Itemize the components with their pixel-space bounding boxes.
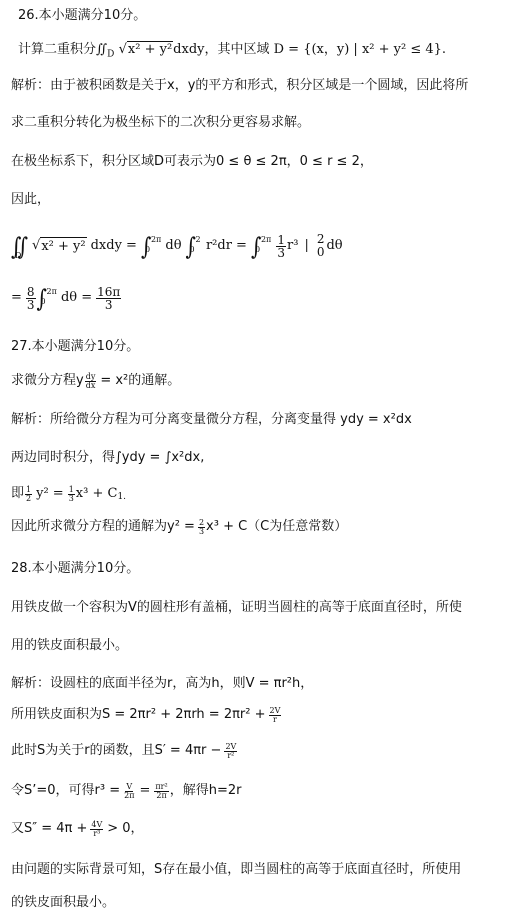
constant-subscript: 1. bbox=[117, 488, 126, 506]
upper-bound: 2 bbox=[196, 231, 201, 249]
numerator: 1 bbox=[276, 234, 286, 247]
denominator: 3 bbox=[104, 299, 114, 311]
fraction-2v-r: 2V r bbox=[269, 707, 282, 724]
r-cubed: r³ bbox=[287, 237, 298, 255]
dtheta-equals: dθ = bbox=[61, 289, 92, 307]
q27-result: 因此所求微分方程的通解为y² = 2 3 x³ + C（C为任意常数） bbox=[11, 518, 347, 536]
evaluation-bar: | bbox=[304, 237, 308, 255]
q26-polar-text: 在极坐标系下，积分区域D可表示为0 ≤ θ ≤ 2π，0 ≤ r ≤ 2， bbox=[11, 154, 373, 169]
upper-bound: 2π bbox=[261, 231, 271, 249]
q28-second-tail: > 0， bbox=[107, 820, 143, 838]
double-integral-symbol: ∬ bbox=[96, 42, 107, 57]
q28-header-text: 28.本小题满分10分。 bbox=[11, 561, 139, 576]
fraction-pir2-2pi: πr² 2π bbox=[154, 783, 168, 800]
fraction-v-2pi: V 2π bbox=[123, 783, 135, 800]
denominator: 3 bbox=[276, 247, 286, 259]
lower-bound: 0 bbox=[317, 246, 325, 259]
lower-bound: 0 bbox=[255, 241, 260, 259]
denominator: r² bbox=[226, 752, 235, 760]
evaluation-bounds: 2 0 bbox=[317, 233, 325, 258]
integral-theta: ∫ 2π 0 bbox=[37, 289, 47, 308]
q27-header-text: 27.本小题满分10分。 bbox=[11, 339, 139, 354]
q26-therefore: 因此， bbox=[11, 190, 50, 209]
q28-deriv-prefix: 此时S为关于r的函数，且S′ = 4πr − bbox=[11, 742, 221, 760]
q27-integrate: 两边同时积分，得∫ydy = ∫x²dx, bbox=[11, 448, 204, 467]
q28-derivative: 此时S为关于r的函数，且S′ = 4πr − 2V r² bbox=[11, 742, 238, 760]
q28-conclusion-text1: 由问题的实际背景可知，S存在最小值，即当圆柱的高等于底面直径时，所使用 bbox=[11, 862, 461, 877]
equals: = bbox=[11, 289, 22, 307]
upper-bound: 2π bbox=[151, 231, 161, 249]
q27-analysis-text: 解析：所给微分方程为可分离变量微分方程，分离变量得 ydy = x²dx bbox=[11, 412, 412, 427]
q26-equation-1: ∬ D √x² + y² dxdy = ∫ 2π 0 dθ ∫ 2 0 r²dr… bbox=[11, 226, 343, 266]
double-integral: ∬ D bbox=[11, 237, 28, 256]
q27-prompt: 求微分方程y dy dx = x²的通解。 bbox=[11, 372, 180, 390]
q26-analysis-line1: 解析：由于被积函数是关于x，y的平方和形式，积分区域是一个圆域，因此将所 bbox=[11, 76, 468, 95]
q28-prompt-line2: 用的铁皮面积最小。 bbox=[11, 636, 128, 655]
q26-analysis-text1: 解析：由于被积函数是关于x，y的平方和形式，积分区域是一个圆域，因此将所 bbox=[11, 78, 468, 93]
integral-domain: D bbox=[107, 50, 114, 60]
q27-analysis: 解析：所给微分方程为可分离变量微分方程，分离变量得 ydy = x²dx bbox=[11, 410, 412, 429]
lower-bound: 0 bbox=[190, 241, 195, 259]
dtheta: dθ bbox=[165, 237, 181, 255]
r2dr-equals: r²dr = bbox=[206, 237, 247, 255]
q26-header-text: 26.本小题满分10分。 bbox=[18, 8, 146, 23]
dxdy-equals: dxdy = bbox=[91, 237, 137, 255]
q27-step: 即 1 2 y² = 1 3 x³ + C1. bbox=[11, 482, 126, 506]
denominator: r³ bbox=[92, 830, 101, 838]
q27-integrate-text: 两边同时积分，得∫ydy = ∫x²dx, bbox=[11, 450, 204, 465]
q28-area: 所用铁皮面积为S = 2πr² + 2πrh = 2πr² + 2V r bbox=[11, 706, 282, 724]
q26-prompt-prefix: 计算二重积分 bbox=[18, 42, 96, 57]
q27-result-prefix: 因此所求微分方程的通解为y² = bbox=[11, 518, 195, 536]
upper-bound: 2π bbox=[47, 283, 57, 301]
fraction-one-third: 1 3 bbox=[276, 234, 286, 259]
dtheta: dθ bbox=[326, 237, 342, 255]
denominator: 2π bbox=[155, 792, 167, 800]
numerator: 16π bbox=[96, 286, 121, 299]
q28-analysis: 解析：设圆柱的底面半径为r，高为h，则V = πr²h， bbox=[11, 674, 313, 693]
denominator: 3 bbox=[68, 495, 75, 503]
fraction-third: 1 3 bbox=[68, 486, 75, 503]
q26-therefore-text: 因此， bbox=[11, 192, 50, 207]
q26-analysis-text2: 求二重积分转化为极坐标下的二次积分更容易求解。 bbox=[11, 115, 310, 130]
q27-prompt-tail: = x²的通解。 bbox=[100, 372, 180, 390]
q26-equation-2: = 8 3 ∫ 2π 0 dθ = 16π 3 bbox=[11, 280, 122, 316]
q26-polar-line: 在极坐标系下，积分区域D可表示为0 ≤ θ ≤ 2π，0 ≤ r ≤ 2， bbox=[11, 152, 373, 171]
q28-zero: 令S’=0，可得r³ = V 2π = πr² 2π ，解得h=2r bbox=[11, 782, 241, 800]
fraction-result: 16π 3 bbox=[96, 286, 121, 311]
denominator: dx bbox=[85, 382, 97, 390]
q27-step-tail: x³ + C bbox=[76, 485, 118, 503]
fraction-4v-r3: 4V r³ bbox=[90, 821, 103, 838]
fraction-half: 1 2 bbox=[25, 486, 32, 503]
fraction-two-thirds: 2 3 bbox=[198, 519, 205, 536]
q28-prompt-text1: 用铁皮做一个容积为V的圆柱形有盖桶，证明当圆柱的高等于底面直径时，所使 bbox=[11, 600, 462, 615]
integral-r: ∫ 2 0 bbox=[186, 237, 196, 256]
q28-analysis-text: 解析：设圆柱的底面半径为r，高为h，则V = πr²h， bbox=[11, 676, 313, 691]
q28-prompt-line1: 用铁皮做一个容积为V的圆柱形有盖桶，证明当圆柱的高等于底面直径时，所使 bbox=[11, 598, 462, 617]
numerator: 8 bbox=[26, 286, 36, 299]
denominator: 2 bbox=[25, 495, 32, 503]
denominator: 2π bbox=[123, 792, 135, 800]
fraction-2v-r2: 2V r² bbox=[224, 743, 237, 760]
q28-conclusion-text2: 的铁皮面积最小。 bbox=[11, 895, 115, 910]
q27-result-tail: x³ + C（C为任意常数） bbox=[206, 518, 347, 536]
q28-area-prefix: 所用铁皮面积为S = 2πr² + 2πrh = 2πr² + bbox=[11, 706, 266, 724]
equals: = bbox=[140, 782, 151, 800]
q28-second-prefix: 又S″ = 4π + bbox=[11, 820, 87, 838]
q28-prompt-text2: 用的铁皮面积最小。 bbox=[11, 638, 128, 653]
q28-conclusion-line2: 的铁皮面积最小。 bbox=[11, 893, 115, 912]
lower-bound: 0 bbox=[145, 241, 150, 259]
q28-zero-prefix: 令S’=0，可得r³ = bbox=[11, 782, 120, 800]
fraction-dy-dx: dy dx bbox=[85, 373, 97, 390]
sqrt-body: x² + y² bbox=[127, 41, 173, 57]
integral-domain: D bbox=[15, 247, 21, 265]
q27-step-prefix: 即 bbox=[11, 485, 24, 503]
q28-header: 28.本小题满分10分。 bbox=[11, 559, 139, 578]
denominator: r bbox=[272, 716, 278, 724]
denominator: 3 bbox=[26, 299, 36, 311]
integral-theta-2: ∫ 2π 0 bbox=[251, 237, 261, 256]
sqrt-body: x² + y² bbox=[40, 237, 86, 256]
q27-prompt-prefix: 求微分方程y bbox=[11, 372, 84, 390]
q26-prompt: 计算二重积分∬D √x² + y²dxdy，其中区域 D = {(x，y) | … bbox=[18, 40, 446, 59]
q28-second-derivative: 又S″ = 4π + 4V r³ > 0， bbox=[11, 820, 144, 838]
lower-bound: 0 bbox=[41, 293, 46, 311]
q28-conclusion-line1: 由问题的实际背景可知，S存在最小值，即当圆柱的高等于底面直径时，所使用 bbox=[11, 860, 461, 879]
q27-header: 27.本小题满分10分。 bbox=[11, 337, 139, 356]
q26-header: 26.本小题满分10分。 bbox=[18, 6, 146, 25]
q26-analysis-line2: 求二重积分转化为极坐标下的二次积分更容易求解。 bbox=[11, 113, 310, 132]
q27-step-mid: y² = bbox=[36, 485, 64, 503]
fraction-eight-thirds: 8 3 bbox=[26, 286, 36, 311]
q26-prompt-tail: dxdy，其中区域 D = {(x，y) | x² + y² ≤ 4}. bbox=[173, 42, 446, 57]
integral-theta: ∫ 2π 0 bbox=[141, 237, 151, 256]
q28-zero-tail: ，解得h=2r bbox=[170, 782, 242, 800]
denominator: 3 bbox=[198, 528, 205, 536]
